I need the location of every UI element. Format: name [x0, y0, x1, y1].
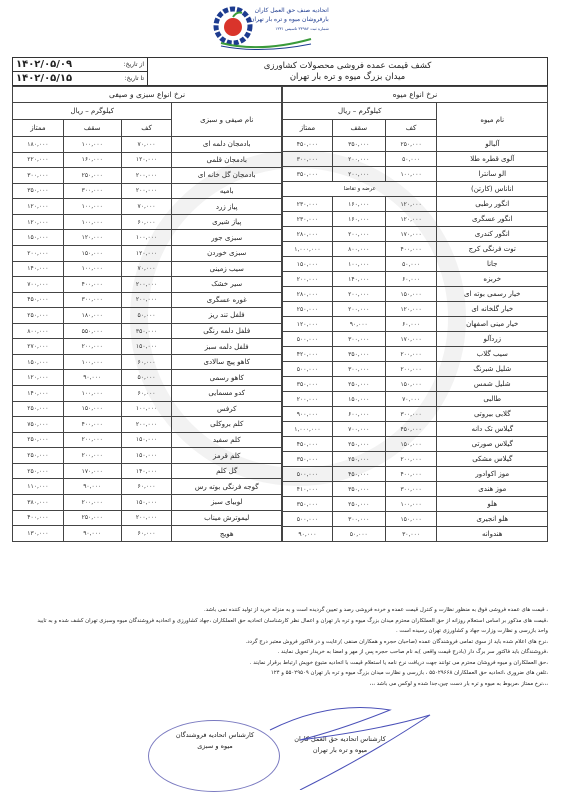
signature-scribble-icon [260, 700, 480, 790]
max-price: ۲۰۰,۰۰۰ [332, 287, 385, 302]
col-premium-header: ممتاز [13, 120, 64, 137]
table-row: ۳۸۰,۰۰۰ ۲۰۰,۰۰۰ ۱۵۰,۰۰۰ لوبیای سبز [13, 494, 282, 510]
table-row: ۲۵۰,۰۰۰ ۲۰۰,۰۰۰ ۱۵۰,۰۰۰ کلم سفید [13, 432, 282, 448]
premium-price: ۵۰۰,۰۰۰ [283, 467, 333, 482]
product-name: اناناس (کارتن) [437, 182, 548, 197]
product-name: هلو [437, 497, 548, 512]
product-name: پیاز شیری [172, 214, 282, 230]
premium-price: ۵۰۰,۰۰۰ [283, 512, 333, 527]
min-price: ۶۰,۰۰۰ [121, 386, 172, 402]
premium-price: ۳۵۰,۰۰۰ [283, 167, 333, 182]
table-row: ۳۵۰,۰۰۰ ۲۰۰,۰۰۰ ۱۰۰,۰۰۰ الو سانترا [283, 167, 548, 182]
table-row: عرضه و تقاضا اناناس (کارتن) [283, 182, 548, 197]
table-row: ۵۰۰,۰۰۰ ۳۰۰,۰۰۰ ۱۵۰,۰۰۰ هلو انجیری [283, 512, 548, 527]
product-name: خیار رسمی بوته ای [437, 287, 548, 302]
table-row: ۱۲۰,۰۰۰ ۹۰,۰۰۰ ۵۰,۰۰۰ کاهو رسمی [13, 370, 282, 386]
max-price: ۸۰۰,۰۰۰ [332, 242, 385, 257]
table-row: ۹۰۰,۰۰۰ ۶۰۰,۰۰۰ ۳۰۰,۰۰۰ گلابی بیروتی [283, 407, 548, 422]
max-price: ۲۵۰,۰۰۰ [332, 452, 385, 467]
table-row: ۷۰۰,۰۰۰ ۴۰۰,۰۰۰ ۲۰۰,۰۰۰ سیر خشک [13, 277, 282, 293]
min-price: ۱۰۰,۰۰۰ [385, 497, 437, 512]
max-price: ۱۰۰,۰۰۰ [63, 386, 121, 402]
min-price: ۱۷۰,۰۰۰ [385, 227, 437, 242]
max-price: ۴۰۰,۰۰۰ [63, 277, 121, 293]
table-row: ۱۳۰,۰۰۰ ۹۰,۰۰۰ ۶۰,۰۰۰ هویج [13, 526, 282, 542]
table-row: ۴۲۰,۰۰۰ ۳۵۰,۰۰۰ ۲۰۰,۰۰۰ سیب گلاب [283, 347, 548, 362]
product-name: زردآلو [437, 332, 548, 347]
min-price: ۱۲۰,۰۰۰ [385, 302, 437, 317]
table-row: ۲۵۰,۰۰۰ ۲۰۰,۰۰۰ ۱۵۰,۰۰۰ کلم قرمز [13, 448, 282, 464]
max-price: ۱۶۰,۰۰۰ [63, 152, 121, 168]
min-price: ۴۰۰,۰۰۰ [385, 467, 437, 482]
max-price: ۲۰۰,۰۰۰ [63, 448, 121, 464]
product-name: توت فرنگی کرج [437, 242, 548, 257]
table-row: ۲۵۰,۰۰۰ ۲۰۰,۰۰۰ ۱۲۰,۰۰۰ خیار گلخانه ای [283, 302, 548, 317]
table-row: ۸۰۰,۰۰۰ ۵۵۰,۰۰۰ ۳۵۰,۰۰۰ فلفل دلمه رنگی [13, 323, 282, 339]
premium-price: ۱۵۰,۰۰۰ [13, 354, 64, 370]
col-max-header: سقف [63, 120, 121, 137]
vegetable-name-header: نام صیفی و سبزی [172, 103, 282, 137]
product-name: بادمجان گل خانه ای [172, 168, 282, 184]
max-price: ۳۰۰,۰۰۰ [332, 332, 385, 347]
table-row: ۱۵۰,۰۰۰ ۱۰۰,۰۰۰ ۶۰,۰۰۰ کاهو پیچ سالادی [13, 354, 282, 370]
max-price: ۱۵۰,۰۰۰ [332, 392, 385, 407]
premium-price: ۱۲۰,۰۰۰ [13, 199, 64, 215]
max-price: ۱۰۰,۰۰۰ [63, 354, 121, 370]
min-price: ۵۰,۰۰۰ [121, 308, 172, 324]
premium-price: ۳۰۰,۰۰۰ [283, 152, 333, 167]
signature-left-line2: میوه و سبزی [160, 741, 270, 752]
max-price: ۲۰۰,۰۰۰ [63, 432, 121, 448]
premium-price: ۲۷۰,۰۰۰ [13, 339, 64, 355]
to-date: ۱۴۰۲/۰۵/۱۵ [16, 73, 72, 84]
premium-price: ۲۵۰,۰۰۰ [283, 302, 333, 317]
max-price: ۳۰۰,۰۰۰ [63, 183, 121, 199]
logo-line3: شماره ثبت ۳۳۹۸۲ تاسیس ۱۳۳۱ [250, 24, 329, 33]
max-price: ۹۰,۰۰۰ [332, 317, 385, 332]
product-name: سبزی جور [172, 230, 282, 246]
product-name: کرفس [172, 401, 282, 417]
table-row: ۳۰۰,۰۰۰ ۲۵۰,۰۰۰ ۲۰۰,۰۰۰ بادمجان گل خانه … [13, 168, 282, 184]
min-price: ۴۰۰,۰۰۰ [385, 242, 437, 257]
product-name: گلابی بیروتی [437, 407, 548, 422]
table-row: ۲۰۰,۰۰۰ ۱۵۰,۰۰۰ ۷۰,۰۰۰ طالبی [283, 392, 548, 407]
from-date-row: ۱۴۰۲/۰۵/۰۹ از تاریخ: [13, 58, 147, 72]
max-price: ۴۰۰,۰۰۰ [63, 417, 121, 433]
document-title: کشف قیمت عمده فروشی محصولات کشاورزی میدا… [148, 58, 547, 85]
min-price: ۱۵۰,۰۰۰ [121, 494, 172, 510]
product-name: سیب زمینی [172, 261, 282, 277]
product-name: کلم قرمز [172, 448, 282, 464]
table-row: ۳۵۰,۰۰۰ ۲۵۰,۰۰۰ ۱۵۰,۰۰۰ شلیل شمس [283, 377, 548, 392]
product-name: گل کلم [172, 463, 282, 479]
premium-price: ۳۰۰,۰۰۰ [13, 168, 64, 184]
logo-line1: اتحادیه صنف حق العمل کاران [250, 6, 329, 15]
logo-text: اتحادیه صنف حق العمل کاران بارفروشان میو… [250, 6, 329, 33]
min-price: ۷۰,۰۰۰ [385, 392, 437, 407]
premium-price: ۷۰۰,۰۰۰ [13, 277, 64, 293]
premium-price: ۲۰۰,۰۰۰ [13, 245, 64, 261]
product-name: بادمجان قلمی [172, 152, 282, 168]
min-price: ۳۰۰,۰۰۰ [385, 482, 437, 497]
table-row: ۱۲۰,۰۰۰ ۱۰۰,۰۰۰ ۶۰,۰۰۰ پیاز شیری [13, 214, 282, 230]
min-price: ۵۰,۰۰۰ [385, 257, 437, 272]
premium-price: ۲۳۰,۰۰۰ [283, 197, 333, 212]
table-row: ۲۳۰,۰۰۰ ۱۶۰,۰۰۰ ۱۲۰,۰۰۰ انگور عسگری [283, 212, 548, 227]
supply-demand-cell: عرضه و تقاضا [283, 182, 437, 197]
product-name: آلوی قطره طلا [437, 152, 548, 167]
table-row: ۲۵۰,۰۰۰ ۱۷۰,۰۰۰ ۱۴۰,۰۰۰ گل کلم [13, 463, 282, 479]
table-row: ۱,۰۰۰,۰۰۰ ۷۰۰,۰۰۰ ۴۵۰,۰۰۰ گیلاس تک دانه [283, 422, 548, 437]
max-price: ۱۲۰,۰۰۰ [63, 230, 121, 246]
max-price: ۷۰۰,۰۰۰ [332, 422, 385, 437]
min-price: ۱۵۰,۰۰۰ [385, 377, 437, 392]
min-price: ۶۰,۰۰۰ [121, 526, 172, 542]
premium-price: ۹۰,۰۰۰ [283, 527, 333, 542]
table-row: ۳۰۰,۰۰۰ ۲۰۰,۰۰۰ ۵۰,۰۰۰ آلوی قطره طلا [283, 152, 548, 167]
min-price: ۷۰,۰۰۰ [121, 137, 172, 153]
premium-price: ۱۲۰,۰۰۰ [13, 370, 64, 386]
product-name: پیاز زرد [172, 199, 282, 215]
table-row: ۵۰۰,۰۰۰ ۳۰۰,۰۰۰ ۲۰۰,۰۰۰ شلیل شبرنگ [283, 362, 548, 377]
premium-price: ۲۰۰,۰۰۰ [283, 392, 333, 407]
table-row: ۱۴۰,۰۰۰ ۱۰۰,۰۰۰ ۶۰,۰۰۰ کدو مسمایی [13, 386, 282, 402]
max-price: ۹۰,۰۰۰ [63, 479, 121, 495]
table-row: ۱۲۰,۰۰۰ ۱۰۰,۰۰۰ ۷۰,۰۰۰ پیاز زرد [13, 199, 282, 215]
min-price: ۶۰,۰۰۰ [121, 479, 172, 495]
fruit-price-table: نرخ انواع میوه کیلوگرم – ریال نام میوه م… [282, 86, 548, 542]
table-row: ۵۰۰,۰۰۰ ۳۰۰,۰۰۰ ۱۷۰,۰۰۰ زردآلو [283, 332, 548, 347]
product-name: طالبی [437, 392, 548, 407]
min-price: ۴۵۰,۰۰۰ [385, 422, 437, 437]
to-date-label: تا تاریخ: [125, 75, 144, 82]
premium-price: ۳۸۰,۰۰۰ [13, 494, 64, 510]
note-line: ،تلفن های ضروری ،اتحادیه حق العملکاران ۵… [28, 668, 548, 679]
min-price: ۲۰۰,۰۰۰ [121, 292, 172, 308]
to-date-row: ۱۴۰۲/۰۵/۱۵ تا تاریخ: [13, 72, 147, 85]
footer-notes: ، قیمت های عمده فروشی فوق به منظور نظارت… [28, 605, 548, 689]
table-row: ۴۵۰,۰۰۰ ۲۵۰,۰۰۰ ۱۵۰,۰۰۰ گیلاس صورتی [283, 437, 548, 452]
table-row: ۵۰۰,۰۰۰ ۴۵۰,۰۰۰ ۴۰۰,۰۰۰ موز اکوادور [283, 467, 548, 482]
max-price: ۱۵۰,۰۰۰ [63, 245, 121, 261]
max-price: ۱۰۰,۰۰۰ [63, 261, 121, 277]
premium-price: ۱۸۰,۰۰۰ [13, 137, 64, 153]
col-min-header: کف [121, 120, 172, 137]
premium-price: ۲۵۰,۰۰۰ [13, 448, 64, 464]
fruit-name-header: نام میوه [437, 103, 548, 137]
min-price: ۲۰۰,۰۰۰ [385, 452, 437, 467]
note-line: ،حق العملکاران و میوه فروشان محترم می تو… [28, 658, 548, 669]
max-price: ۴۵۰,۰۰۰ [332, 467, 385, 482]
date-range: ۱۴۰۲/۰۵/۰۹ از تاریخ: ۱۴۰۲/۰۵/۱۵ تا تاریخ… [13, 58, 148, 85]
min-price: ۱۵۰,۰۰۰ [385, 437, 437, 452]
table-row: ۲۰۰,۰۰۰ ۱۴۰,۰۰۰ ۶۰,۰۰۰ خربزه [283, 272, 548, 287]
min-price: ۱۰۰,۰۰۰ [121, 230, 172, 246]
product-name: انگور رطبی [437, 197, 548, 212]
table-row: ۱۵۰,۰۰۰ ۱۲۰,۰۰۰ ۱۰۰,۰۰۰ سبزی جور [13, 230, 282, 246]
table-row: ۱۸۰,۰۰۰ ۱۰۰,۰۰۰ ۷۰,۰۰۰ بادمجان دلمه ای [13, 137, 282, 153]
min-price: ۱۵۰,۰۰۰ [121, 432, 172, 448]
max-price: ۱۰۰,۰۰۰ [63, 214, 121, 230]
premium-price: ۲۵۰,۰۰۰ [13, 432, 64, 448]
min-price: ۵۰,۰۰۰ [385, 152, 437, 167]
premium-price: ۱۴۰,۰۰۰ [13, 261, 64, 277]
table-row: ۲۵۰,۰۰۰ ۱۵۰,۰۰۰ ۱۰۰,۰۰۰ کرفس [13, 401, 282, 417]
product-name: جانا [437, 257, 548, 272]
premium-price: ۲۵۰,۰۰۰ [13, 308, 64, 324]
product-name: کلم سفید [172, 432, 282, 448]
vegetable-section-title: نرخ انواع سبزی و صیفی [13, 87, 282, 103]
premium-price: ۱۵۰,۰۰۰ [13, 230, 64, 246]
table-row: ۱۱۰,۰۰۰ ۹۰,۰۰۰ ۶۰,۰۰۰ گوجه فرنگی بوته رس [13, 479, 282, 495]
min-price: ۶۰,۰۰۰ [385, 272, 437, 287]
product-name: کاهو پیچ سالادی [172, 354, 282, 370]
premium-price: ۴۵۰,۰۰۰ [13, 292, 64, 308]
min-price: ۳۰۰,۰۰۰ [385, 407, 437, 422]
product-name: کاهو رسمی [172, 370, 282, 386]
min-price: ۱۰۰,۰۰۰ [121, 401, 172, 417]
product-name: سیب گلاب [437, 347, 548, 362]
premium-price: ۳۵۰,۰۰۰ [13, 183, 64, 199]
min-price: ۱۵۰,۰۰۰ [385, 287, 437, 302]
table-row: ۴۵۰,۰۰۰ ۳۰۰,۰۰۰ ۲۰۰,۰۰۰ غوره عسگری [13, 292, 282, 308]
note-line: ،قیمت های مذکور بر اساس استعلام روزانه ا… [28, 616, 548, 637]
product-name: آلبالو [437, 137, 548, 152]
max-price: ۹۰,۰۰۰ [63, 526, 121, 542]
product-name: لوبیای سبز [172, 494, 282, 510]
table-row: ۲۲۰,۰۰۰ ۱۶۰,۰۰۰ ۱۲۰,۰۰۰ بادمجان قلمی [13, 152, 282, 168]
product-name: خیار گلخانه ای [437, 302, 548, 317]
min-price: ۷۰,۰۰۰ [121, 261, 172, 277]
premium-price: ۴۲۰,۰۰۰ [283, 347, 333, 362]
premium-price: ۸۰۰,۰۰۰ [13, 323, 64, 339]
premium-price: ۴۵۰,۰۰۰ [283, 437, 333, 452]
table-row: ۹۰,۰۰۰ ۵۰,۰۰۰ ۳۰,۰۰۰ هندوانه [283, 527, 548, 542]
premium-price: ۱۵۰,۰۰۰ [283, 257, 333, 272]
min-price: ۱۷۰,۰۰۰ [385, 332, 437, 347]
max-price: ۵۵۰,۰۰۰ [63, 323, 121, 339]
title-line2: میدان بزرگ میوه و تره بار تهران [290, 72, 405, 83]
premium-price: ۳۵۰,۰۰۰ [283, 377, 333, 392]
max-price: ۳۰۰,۰۰۰ [63, 292, 121, 308]
from-date-label: از تاریخ: [124, 61, 144, 68]
max-price: ۳۵۰,۰۰۰ [332, 482, 385, 497]
min-price: ۲۰۰,۰۰۰ [121, 510, 172, 526]
product-name: هندوانه [437, 527, 548, 542]
premium-price: ۴۰۰,۰۰۰ [13, 510, 64, 526]
col-min-header: کف [385, 120, 437, 137]
min-price: ۷۰,۰۰۰ [121, 199, 172, 215]
premium-price: ۵۰۰,۰۰۰ [283, 362, 333, 377]
product-name: فلفل دلمه رنگی [172, 323, 282, 339]
max-price: ۲۵۰,۰۰۰ [332, 497, 385, 512]
product-name: فلفل تند ریز [172, 308, 282, 324]
table-row: ۱۲۰,۰۰۰ ۹۰,۰۰۰ ۶۰,۰۰۰ خیار مینی اصفهان [283, 317, 548, 332]
max-price: ۲۵۰,۰۰۰ [63, 168, 121, 184]
premium-price: ۴۵۰,۰۰۰ [283, 137, 333, 152]
min-price: ۶۰,۰۰۰ [121, 214, 172, 230]
table-row: ۲۷۰,۰۰۰ ۲۰۰,۰۰۰ ۱۵۰,۰۰۰ فلفل دلمه سبز [13, 339, 282, 355]
min-price: ۱۲۰,۰۰۰ [121, 245, 172, 261]
min-price: ۲۰۰,۰۰۰ [121, 183, 172, 199]
table-row: ۱,۰۰۰,۰۰۰ ۸۰۰,۰۰۰ ۴۰۰,۰۰۰ توت فرنگی کرج [283, 242, 548, 257]
max-price: ۲۰۰,۰۰۰ [63, 339, 121, 355]
max-price: ۱۸۰,۰۰۰ [63, 308, 121, 324]
note-line: ، قیمت های عمده فروشی فوق به منظور نظارت… [28, 605, 548, 616]
premium-price: ۹۰۰,۰۰۰ [283, 407, 333, 422]
note-line: ،،،نرخ ممتاز ،مربوط به میوه و تره بار دس… [28, 679, 548, 690]
min-price: ۶۰,۰۰۰ [121, 354, 172, 370]
max-price: ۲۰۰,۰۰۰ [332, 152, 385, 167]
table-row: ۲۰۰,۰۰۰ ۱۵۰,۰۰۰ ۱۲۰,۰۰۰ سبزی خوردن [13, 245, 282, 261]
max-price: ۱۵۰,۰۰۰ [63, 401, 121, 417]
table-row: ۳۵۰,۰۰۰ ۳۰۰,۰۰۰ ۲۰۰,۰۰۰ بامیه [13, 183, 282, 199]
col-max-header: سقف [332, 120, 385, 137]
max-price: ۲۰۰,۰۰۰ [332, 167, 385, 182]
vegetable-price-table: نرخ انواع سبزی و صیفی کیلوگرم – ریال نام… [12, 86, 282, 542]
min-price: ۱۲۰,۰۰۰ [385, 197, 437, 212]
min-price: ۶۰,۰۰۰ [385, 317, 437, 332]
product-name: خربزه [437, 272, 548, 287]
max-price: ۲۰۰,۰۰۰ [332, 302, 385, 317]
fruit-section-title: نرخ انواع میوه [283, 87, 548, 103]
table-row: ۳۵۰,۰۰۰ ۲۵۰,۰۰۰ ۲۰۰,۰۰۰ گیلاس مشکی [283, 452, 548, 467]
document-header: ۱۴۰۲/۰۵/۰۹ از تاریخ: ۱۴۰۲/۰۵/۱۵ تا تاریخ… [12, 57, 548, 86]
max-price: ۲۵۰,۰۰۰ [332, 437, 385, 452]
table-row: ۲۵۰,۰۰۰ ۱۸۰,۰۰۰ ۵۰,۰۰۰ فلفل تند ریز [13, 308, 282, 324]
max-price: ۲۵۰,۰۰۰ [332, 377, 385, 392]
product-name: گیلاس تک دانه [437, 422, 548, 437]
product-name: کلم بروکلی [172, 417, 282, 433]
max-price: ۲۵۰,۰۰۰ [63, 510, 121, 526]
min-price: ۲۰۰,۰۰۰ [385, 362, 437, 377]
product-name: گوجه فرنگی بوته رس [172, 479, 282, 495]
premium-price: ۲۲۰,۰۰۰ [13, 152, 64, 168]
price-tables: نرخ انواع سبزی و صیفی کیلوگرم – ریال نام… [12, 86, 548, 542]
max-price: ۳۰۰,۰۰۰ [332, 362, 385, 377]
max-price: ۱۰۰,۰۰۰ [63, 199, 121, 215]
product-name: هلو انجیری [437, 512, 548, 527]
product-name: انگور کندری [437, 227, 548, 242]
signature-left-line1: کارشناس اتحادیه فروشندگان [160, 730, 270, 741]
premium-price: ۲۵۰,۰۰۰ [13, 463, 64, 479]
table-row: ۲۸۰,۰۰۰ ۲۰۰,۰۰۰ ۱۵۰,۰۰۰ خیار رسمی بوته ا… [283, 287, 548, 302]
table-row: ۷۵۰,۰۰۰ ۴۰۰,۰۰۰ ۲۰۰,۰۰۰ کلم بروکلی [13, 417, 282, 433]
table-row: ۲۸۰,۰۰۰ ۲۰۰,۰۰۰ ۱۷۰,۰۰۰ انگور کندری [283, 227, 548, 242]
max-price: ۱۶۰,۰۰۰ [332, 197, 385, 212]
product-name: الو سانترا [437, 167, 548, 182]
max-price: ۶۰۰,۰۰۰ [332, 407, 385, 422]
vegetable-unit-header: کیلوگرم – ریال [13, 103, 172, 120]
product-name: خیار مینی اصفهان [437, 317, 548, 332]
min-price: ۱۵۰,۰۰۰ [385, 512, 437, 527]
max-price: ۱۶۰,۰۰۰ [332, 212, 385, 227]
min-price: ۱۰۰,۰۰۰ [385, 167, 437, 182]
min-price: ۲۰۰,۰۰۰ [121, 168, 172, 184]
title-line1: کشف قیمت عمده فروشی محصولات کشاورزی [264, 61, 432, 72]
from-date: ۱۴۰۲/۰۵/۰۹ [16, 59, 72, 70]
product-name: انگور عسگری [437, 212, 548, 227]
note-line: ،فروشندگان باید فاکتور سر برگ دار (بادرج… [28, 647, 548, 658]
product-name: فلفل دلمه سبز [172, 339, 282, 355]
product-name: گیلاس مشکی [437, 452, 548, 467]
fruit-unit-header: کیلوگرم – ریال [283, 103, 437, 120]
min-price: ۲۰۰,۰۰۰ [385, 347, 437, 362]
min-price: ۱۴۰,۰۰۰ [121, 463, 172, 479]
max-price: ۱۴۰,۰۰۰ [332, 272, 385, 287]
premium-price: ۳۵۰,۰۰۰ [283, 497, 333, 512]
premium-price: ۲۰۰,۰۰۰ [283, 272, 333, 287]
max-price: ۲۰۰,۰۰۰ [63, 494, 121, 510]
premium-price: ۱۲۰,۰۰۰ [283, 317, 333, 332]
max-price: ۱۰۰,۰۰۰ [332, 257, 385, 272]
premium-price: ۱۳۰,۰۰۰ [13, 526, 64, 542]
max-price: ۹۰,۰۰۰ [63, 370, 121, 386]
premium-price: ۱۲۰,۰۰۰ [13, 214, 64, 230]
premium-price: ۲۵۰,۰۰۰ [13, 401, 64, 417]
max-price: ۳۵۰,۰۰۰ [332, 137, 385, 152]
min-price: ۳۵۰,۰۰۰ [121, 323, 172, 339]
max-price: ۲۰۰,۰۰۰ [332, 227, 385, 242]
product-name: غوره عسگری [172, 292, 282, 308]
product-name: بامیه [172, 183, 282, 199]
premium-price: ۷۵۰,۰۰۰ [13, 417, 64, 433]
product-name: سبزی خوردن [172, 245, 282, 261]
table-row: ۴۵۰,۰۰۰ ۳۵۰,۰۰۰ ۲۵۰,۰۰۰ آلبالو [283, 137, 548, 152]
premium-price: ۲۳۰,۰۰۰ [283, 212, 333, 227]
max-price: ۱۰۰,۰۰۰ [63, 137, 121, 153]
product-name: سیر خشک [172, 277, 282, 293]
product-name: موز اکوادور [437, 467, 548, 482]
min-price: ۱۵۰,۰۰۰ [121, 339, 172, 355]
product-name: شلیل شمس [437, 377, 548, 392]
max-price: ۳۵۰,۰۰۰ [332, 347, 385, 362]
min-price: ۲۰۰,۰۰۰ [121, 417, 172, 433]
product-name: موز هندی [437, 482, 548, 497]
product-name: کدو مسمایی [172, 386, 282, 402]
signature-vegetable-union: کارشناس اتحادیه فروشندگان میوه و سبزی [160, 730, 270, 752]
product-name: شلیل شبرنگ [437, 362, 548, 377]
table-row: ۴۱۰,۰۰۰ ۳۵۰,۰۰۰ ۳۰۰,۰۰۰ موز هندی [283, 482, 548, 497]
min-price: ۲۵۰,۰۰۰ [385, 137, 437, 152]
table-row: ۳۵۰,۰۰۰ ۲۵۰,۰۰۰ ۱۰۰,۰۰۰ هلو [283, 497, 548, 512]
table-row: ۱۵۰,۰۰۰ ۱۰۰,۰۰۰ ۵۰,۰۰۰ جانا [283, 257, 548, 272]
table-row: ۱۴۰,۰۰۰ ۱۰۰,۰۰۰ ۷۰,۰۰۰ سیب زمینی [13, 261, 282, 277]
premium-price: ۴۱۰,۰۰۰ [283, 482, 333, 497]
product-name: گیلاس صورتی [437, 437, 548, 452]
premium-price: ۲۸۰,۰۰۰ [283, 227, 333, 242]
premium-price: ۲۸۰,۰۰۰ [283, 287, 333, 302]
col-premium-header: ممتاز [283, 120, 333, 137]
premium-price: ۳۵۰,۰۰۰ [283, 452, 333, 467]
premium-price: ۱۴۰,۰۰۰ [13, 386, 64, 402]
product-name: بادمجان دلمه ای [172, 137, 282, 153]
logo-line2: بارفروشان میوه و تره بار تهران [250, 15, 329, 24]
min-price: ۵۰,۰۰۰ [121, 370, 172, 386]
table-row: ۲۳۰,۰۰۰ ۱۶۰,۰۰۰ ۱۲۰,۰۰۰ انگور رطبی [283, 197, 548, 212]
product-name: لیموترش میناب [172, 510, 282, 526]
min-price: ۱۲۰,۰۰۰ [121, 152, 172, 168]
min-price: ۳۰,۰۰۰ [385, 527, 437, 542]
min-price: ۲۰۰,۰۰۰ [121, 277, 172, 293]
min-price: ۱۲۰,۰۰۰ [385, 212, 437, 227]
product-name: هویج [172, 526, 282, 542]
max-price: ۵۰,۰۰۰ [332, 527, 385, 542]
min-price: ۱۵۰,۰۰۰ [121, 448, 172, 464]
premium-price: ۱,۰۰۰,۰۰۰ [283, 242, 333, 257]
premium-price: ۵۰۰,۰۰۰ [283, 332, 333, 347]
max-price: ۳۰۰,۰۰۰ [332, 512, 385, 527]
